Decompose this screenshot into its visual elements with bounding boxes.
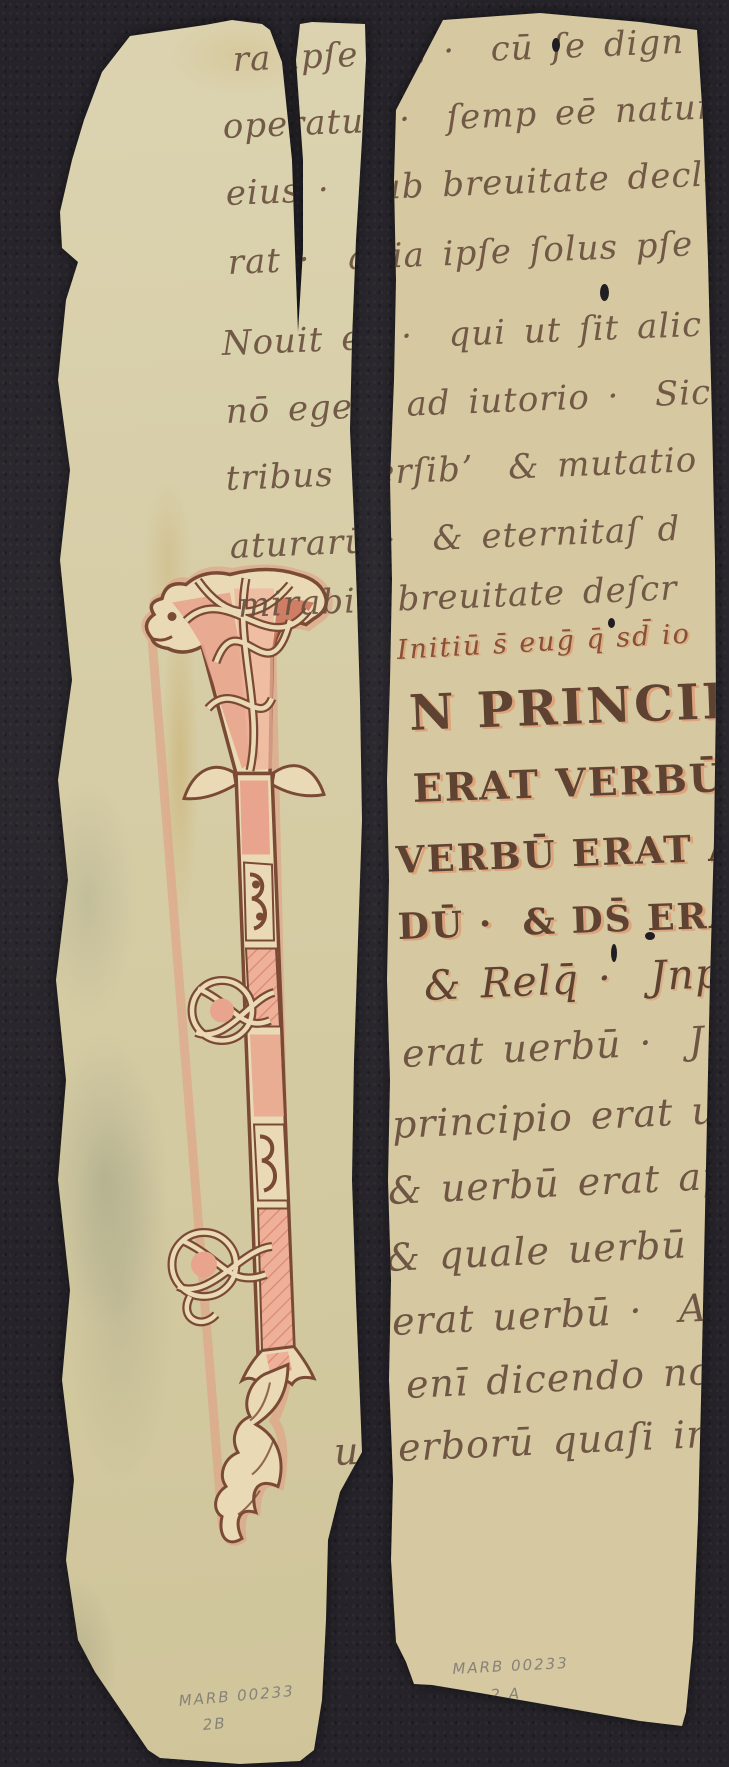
- manuscript-text-line: u: [333, 1429, 360, 1474]
- manuscript-text-line: VERBŪ ERAT A: [395, 825, 729, 882]
- manuscript-text-line: aturarū · & eternitaſ d: [229, 509, 681, 567]
- manuscript-text-line: erat uerbū · J: [401, 1018, 706, 1076]
- parchment-surface-right: MARB 00233 2 A ra ipſe eſt · cū ſe digno…: [0, 0, 729, 1767]
- manuscript-text-line: DŪ · & DS̄ ERAT A: [397, 892, 729, 948]
- manuscript-text-line: Initiū s̄ euḡ q̄ sd̄ io: [396, 619, 692, 666]
- manuscript-text-line: ra ipſe eſt · cū ſe dign: [232, 22, 685, 80]
- parchment-fragment-right: MARB 00233 2 A ra ipſe eſt · cū ſe digno…: [0, 0, 729, 1767]
- manuscript-text-line: & uerbū erat ap: [387, 1154, 728, 1213]
- manuscript-text-line: & Relq̄ · Jnpri: [423, 947, 729, 1009]
- parchment-hole: [600, 284, 609, 301]
- parchment-hole: [552, 38, 560, 52]
- parchment-hole: [645, 932, 655, 940]
- parchment-hole: [611, 944, 617, 962]
- manuscript-text-line: operatur · ſemp eē natura: [222, 86, 729, 147]
- manuscript-text-line: principio erat u: [391, 1088, 718, 1147]
- shelfmark-right-suffix: 2 A: [490, 1684, 521, 1704]
- manuscript-text-line: & quale uerbū ·: [385, 1221, 719, 1280]
- manuscript-text-line: Nouit eē · qui ut ſit alic: [221, 305, 703, 364]
- manuscript-text-line: N PRINCIPIO: [408, 668, 729, 741]
- manuscript-text-line: enī dicendo nomi: [405, 1347, 729, 1407]
- manuscript-text-line: erat uerbū · A ſſ: [391, 1284, 729, 1344]
- shelfmark-right-number: MARB 00233: [452, 1654, 569, 1678]
- parchment-hole: [608, 618, 615, 628]
- manuscript-photograph: MARB 00233 2B ra ipſe eſt · cū ſe dignop…: [0, 0, 729, 1767]
- manuscript-text-line: erborū quaſi inlue: [397, 1409, 729, 1470]
- text-layer-right: MARB 00233 2 A ra ipſe eſt · cū ſe digno…: [0, 0, 729, 1767]
- manuscript-text-line: nō egeat ad iutorio · Sic: [225, 373, 712, 432]
- manuscript-text-line: ERAT VERBŪ: [412, 755, 726, 812]
- manuscript-text-line: tribus uerſibʼ & mutatio: [225, 440, 698, 499]
- manuscript-text-line: rat · quia ipſe ſolus pſe: [227, 224, 694, 283]
- manuscript-text-line: eius · ſub breuitate decla: [225, 154, 725, 214]
